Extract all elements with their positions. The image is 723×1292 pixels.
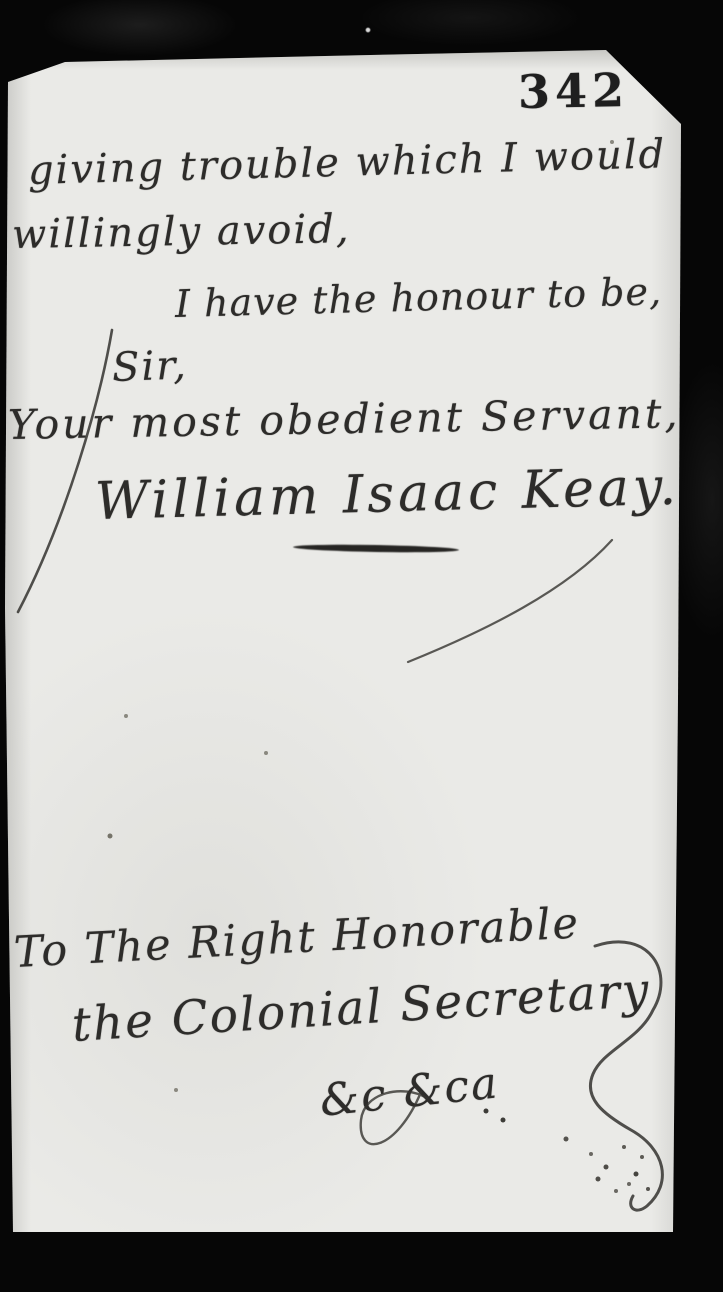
bracket-flourish (590, 942, 662, 1210)
left-margin-flourish (18, 330, 112, 612)
signature-tail-flourish (408, 540, 612, 662)
flourish-strokes (5, 48, 681, 1232)
scan-backdrop: 342 giving trouble which I would willing… (0, 0, 723, 1292)
etcetera-loop-flourish (361, 1091, 427, 1144)
ink-speckles (5, 48, 7, 50)
document-page: 342 giving trouble which I would willing… (5, 48, 681, 1232)
